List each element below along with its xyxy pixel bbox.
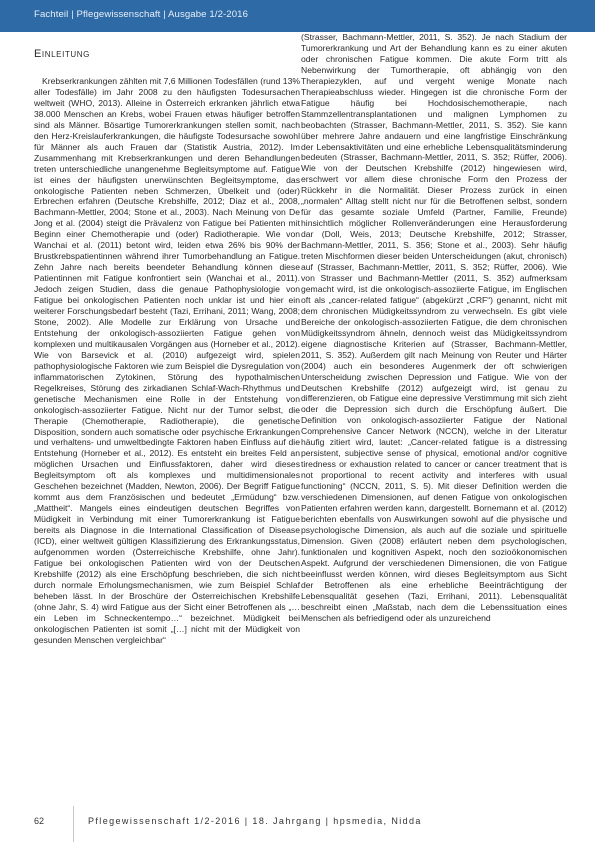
section-heading: Einleitung: [34, 48, 90, 60]
paragraph: (Strasser, Bachmann-Mettler, 2011, S. 35…: [301, 32, 567, 623]
text-column-right: (Strasser, Bachmann-Mettler, 2011, S. 35…: [301, 32, 567, 623]
text-column-left: Krebserkrankungen zählten mit 7,6 Millio…: [34, 76, 300, 646]
paragraph: Krebserkrankungen zählten mit 7,6 Millio…: [34, 76, 300, 646]
running-head: Fachteil | Pflegewissenschaft | Ausgabe …: [34, 9, 248, 20]
footer-divider: [73, 806, 74, 842]
footer-journal-line: Pflegewissenschaft 1/2-2016 | 18. Jahrga…: [88, 816, 422, 826]
running-header-bar: Fachteil | Pflegewissenschaft | Ausgabe …: [0, 0, 595, 32]
page-number: 62: [34, 816, 44, 826]
